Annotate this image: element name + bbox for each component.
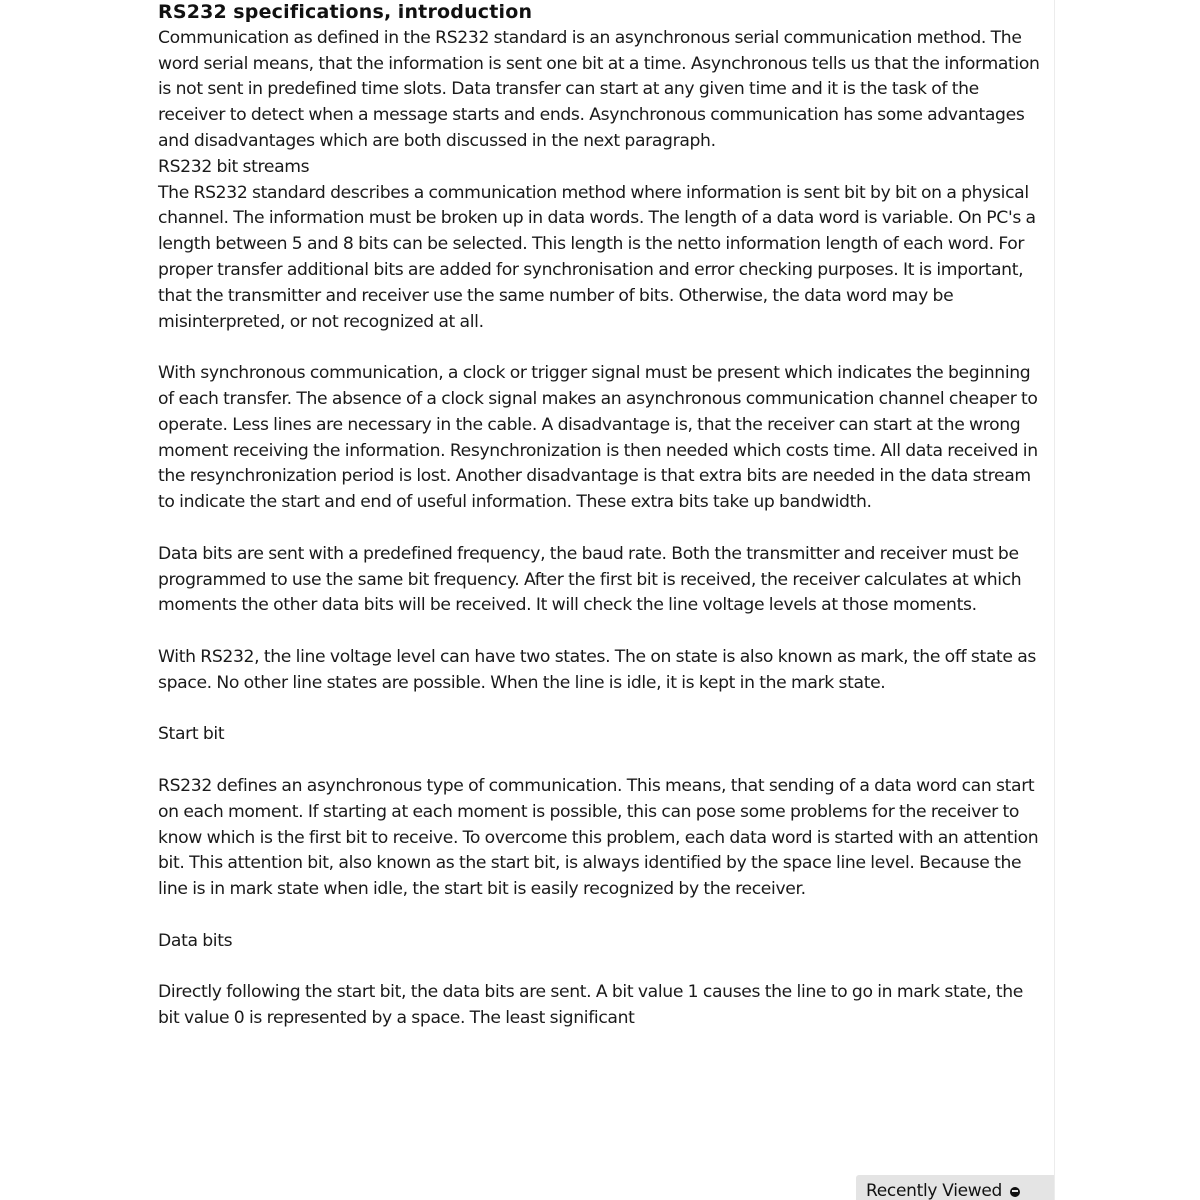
paragraph-gap — [158, 954, 1043, 980]
chevron-circle-icon — [1010, 1187, 1020, 1197]
section-heading-start-bit: Start bit — [158, 722, 1043, 748]
recently-viewed-tab[interactable]: Recently Viewed — [856, 1175, 1054, 1200]
paragraph-gap — [158, 619, 1043, 645]
bit-streams-paragraph-3: Data bits are sent with a predefined fre… — [158, 542, 1043, 619]
paragraph-gap — [158, 516, 1043, 542]
article-title: RS232 specifications, introduction — [158, 0, 1043, 26]
bit-streams-paragraph-1: The RS232 standard describes a communica… — [158, 181, 1043, 336]
data-bits-paragraph: Directly following the start bit, the da… — [158, 980, 1043, 1032]
bit-streams-paragraph-4: With RS232, the line voltage level can h… — [158, 645, 1043, 697]
section-heading-bit-streams: RS232 bit streams — [158, 155, 1043, 181]
paragraph-gap — [158, 335, 1043, 361]
bit-streams-paragraph-2: With synchronous communication, a clock … — [158, 361, 1043, 516]
paragraph-gap — [158, 748, 1043, 774]
paragraph-gap — [158, 903, 1043, 929]
recently-viewed-label: Recently Viewed — [866, 1181, 1002, 1200]
content-panel: RS232 specifications, introduction Commu… — [0, 0, 1055, 1200]
intro-paragraph: Communication as defined in the RS232 st… — [158, 26, 1043, 155]
start-bit-paragraph: RS232 defines an asynchronous type of co… — [158, 774, 1043, 903]
paragraph-gap — [158, 697, 1043, 723]
section-heading-data-bits: Data bits — [158, 929, 1043, 955]
article: RS232 specifications, introduction Commu… — [158, 0, 1043, 1032]
